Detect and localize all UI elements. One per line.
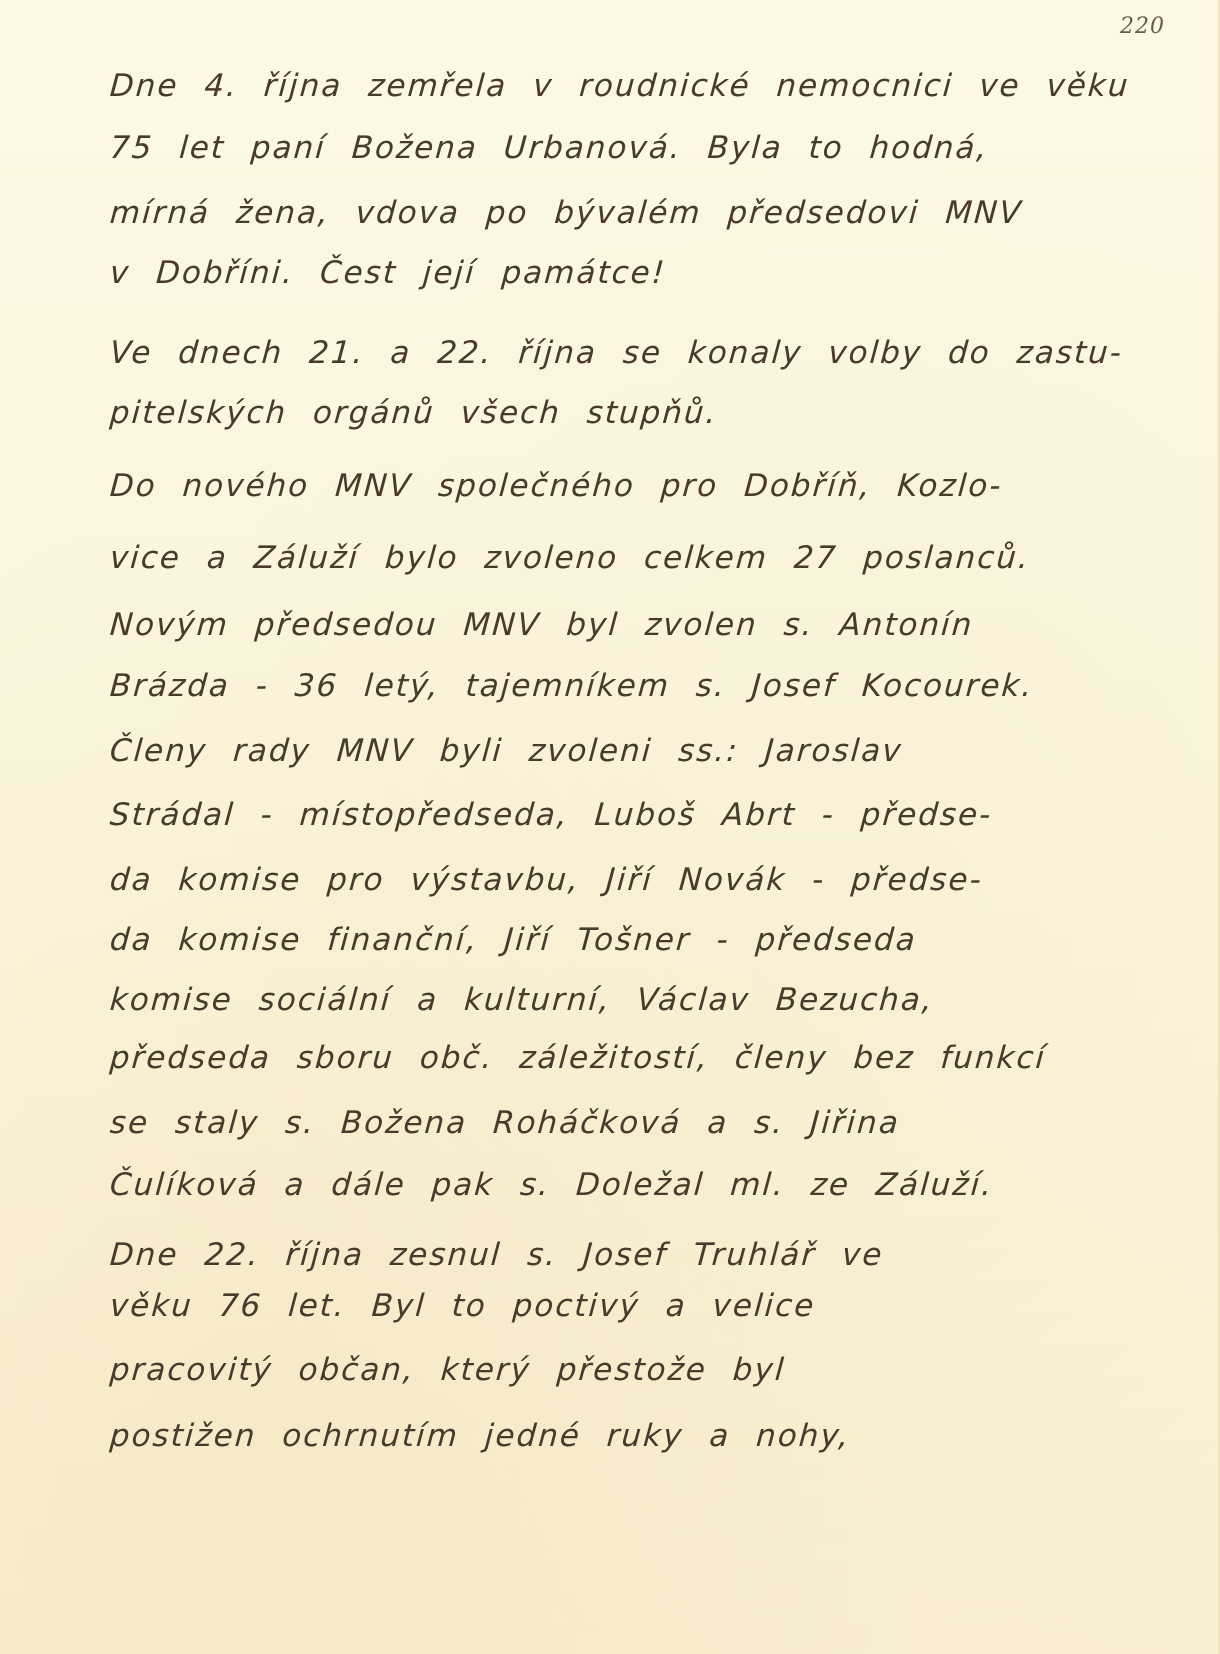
text-line: Do nového MNV společného pro Dobříň, Koz… [109,468,1004,504]
page-number: 220 [1120,14,1165,39]
text-line: se staly s. Božena Roháčková a s. Jiřina [109,1105,901,1141]
text-line: předseda sboru obč. záležitostí, členy b… [109,1040,1048,1076]
text-line: pracovitý občan, který přestože byl [109,1352,787,1388]
text-line: Strádal - místopředseda, Luboš Abrt - př… [109,797,994,833]
text-line: Členy rady MNV byli zvoleni ss.: Jarosla… [109,733,904,769]
text-line: Brázda - 36 letý, tajemníkem s. Josef Ko… [109,668,1035,704]
text-line: vice a Záluží bylo zvoleno celkem 27 pos… [109,540,1031,576]
text-line: Dne 22. října zesnul s. Josef Truhlář ve [109,1237,885,1273]
text-line: v Dobříni. Čest její památce! [109,255,668,291]
text-line: Čulíková a dále pak s. Doležal ml. ze Zá… [109,1167,995,1203]
text-line: 75 let paní Božena Urbanová. Byla to hod… [109,130,990,166]
text-line: komise sociální a kulturní, Václav Bezuc… [109,982,935,1018]
text-line: pitelských orgánů všech stupňů. [109,395,719,431]
text-line: Ve dnech 21. a 22. října se konaly volby… [109,335,1125,371]
text-line: Dne 4. října zemřela v roudnické nemocni… [109,68,1131,104]
text-line: Novým předsedou MNV byl zvolen s. Antoní… [109,607,975,643]
text-line: mírná žena, vdova po bývalém předsedovi … [109,195,1024,231]
handwritten-chronicle-page: 220 Dne 4. října zemřela v roudnické nem… [0,0,1220,1654]
text-line: postižen ochrnutím jedné ruky a nohy, [109,1418,852,1454]
text-line: věku 76 let. Byl to poctivý a velice [109,1288,817,1324]
text-line: da komise finanční, Jiří Tošner - předse… [109,922,918,958]
text-line: da komise pro výstavbu, Jiří Novák - pře… [109,862,984,898]
